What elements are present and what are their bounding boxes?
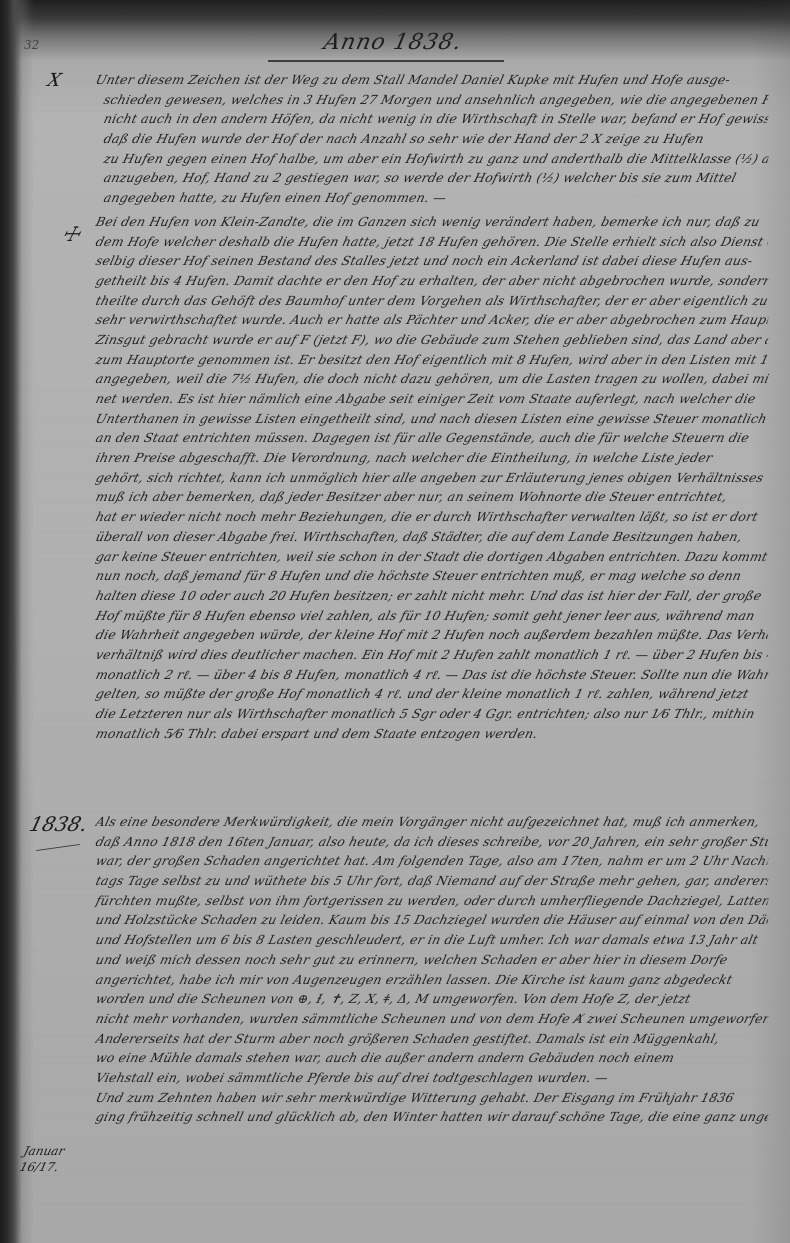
text-line: wo eine Mühle damals stehen war, auch di… xyxy=(94,1048,771,1068)
text-line: angerichtet, habe ich mir von Augenzeuge… xyxy=(94,970,771,990)
text-line: und Hofstellen um 6 bis 8 Lasten geschle… xyxy=(94,930,771,950)
text-line: die Wahrheit angegeben würde, der kleine… xyxy=(94,625,771,645)
text-line: Andererseits hat der Sturm aber noch grö… xyxy=(94,1029,771,1049)
text-line: net werden. Es ist hier nämlich eine Abg… xyxy=(94,389,771,409)
text-line: sehr verwirthschaftet wurde. Auch er hat… xyxy=(94,310,771,330)
storm-entry-block: Als eine besondere Merkwürdigkeit, die m… xyxy=(96,812,768,1127)
text-line: dem Hofe welcher deshalb die Hufen hatte… xyxy=(94,232,771,252)
text-line: daß die Hufen wurde der Hof der nach Anz… xyxy=(94,129,771,149)
main-text-block: Unter diesem Zeichen ist der Weg zu dem … xyxy=(96,70,768,743)
text-line: hat er wieder nicht noch mehr Beziehunge… xyxy=(94,507,771,527)
document-page: 32 Anno 1838. X ☩ 1838. Januar 16/17. Un… xyxy=(0,0,790,1243)
text-line: tags Tage selbst zu und wüthete bis 5 Uh… xyxy=(94,871,771,891)
text-line: angegeben hatte, zu Hufen einen Hof geno… xyxy=(94,188,771,208)
text-line: schieden gewesen, welches in 3 Hufen 27 … xyxy=(94,90,771,110)
text-line: angegeben, weil die 7½ Hufen, die doch n… xyxy=(94,369,771,389)
text-line: monatlich 2 rℓ. — über 4 bis 8 Hufen, mo… xyxy=(94,665,771,685)
margin-year-underline xyxy=(36,844,80,851)
text-line: zum Hauptorte genommen ist. Er besitzt d… xyxy=(94,350,771,370)
text-line: Als eine besondere Merkwürdigkeit, die m… xyxy=(94,812,771,832)
text-line: überall von dieser Abgabe frei. Wirthsch… xyxy=(94,527,771,547)
text-line: daß Anno 1818 den 16ten Januar, also heu… xyxy=(94,832,771,852)
text-line: theilte durch das Gehöft des Baumhof unt… xyxy=(94,291,771,311)
text-line: muß ich aber bemerken, daß jeder Besitze… xyxy=(94,487,771,507)
text-line: gar keine Steuer entrichten, weil sie sc… xyxy=(94,547,771,567)
heading-underline xyxy=(268,60,504,62)
text-line: monatlich 5⁄6 Thlr. dabei erspart und de… xyxy=(94,724,771,744)
text-line: und weiß mich dessen noch sehr gut zu er… xyxy=(94,950,771,970)
text-line: war, der großen Schaden angerichtet hat.… xyxy=(94,851,771,871)
margin-year-note: 1838. xyxy=(27,812,90,836)
margin-mark-x: X xyxy=(45,70,63,91)
text-line: ging frühzeitig schnell und glücklich ab… xyxy=(94,1107,771,1127)
text-line: worden und die Scheunen von ⊕, Ɨ, ✝, Z, … xyxy=(94,989,771,1009)
text-line: Unter diesem Zeichen ist der Weg zu dem … xyxy=(94,70,771,90)
text-line: Bei den Hufen von Klein-Zandte, die im G… xyxy=(94,212,771,232)
text-line: ihren Preise abgeschafft. Die Verordnung… xyxy=(94,448,771,468)
text-line: verhältniß wird dies deutlicher machen. … xyxy=(94,645,771,665)
text-line: nicht auch in den andern Höfen, da nicht… xyxy=(94,109,771,129)
margin-date-note: Januar 16/17. xyxy=(18,1143,76,1175)
text-line: halten diese 10 oder auch 20 Hufen besit… xyxy=(94,586,771,606)
text-line: Und zum Zehnten haben wir sehr merkwürdi… xyxy=(94,1088,771,1108)
text-line: fürchten mußte, selbst von ihm fortgeris… xyxy=(94,891,771,911)
text-line: Zinsgut gebracht wurde er auf F (jetzt F… xyxy=(94,330,771,350)
text-line: Unterthanen in gewisse Listen eingetheil… xyxy=(94,409,771,429)
text-line: gehört, sich richtet, kann ich unmöglich… xyxy=(94,468,771,488)
text-line: die Letzteren nur als Wirthschafter mona… xyxy=(94,704,771,724)
text-line: anzugeben, Hof, Hand zu 2 gestiegen war,… xyxy=(94,168,771,188)
text-line: Viehstall ein, wobei sämmtliche Pferde b… xyxy=(94,1068,771,1088)
text-line: getheilt bis 4 Hufen. Damit dachte er de… xyxy=(94,271,771,291)
page-number: 32 xyxy=(24,38,39,52)
page-heading: Anno 1838. xyxy=(265,30,520,55)
text-line: Hof müßte für 8 Hufen ebenso viel zahlen… xyxy=(94,606,771,626)
text-line: gelten, so müßte der große Hof monatlich… xyxy=(94,684,771,704)
text-line: an den Staat entrichten müssen. Dagegen … xyxy=(94,428,771,448)
text-line: zu Hufen gegen einen Hof halbe, um aber … xyxy=(94,149,771,169)
text-line: nicht mehr vorhanden, wurden sämmtliche … xyxy=(94,1009,771,1029)
margin-mark-cross: ☩ xyxy=(59,222,83,246)
text-line: selbig dieser Hof seinen Bestand des Sta… xyxy=(94,251,771,271)
text-line: nun noch, daß jemand für 8 Hufen und die… xyxy=(94,566,771,586)
text-line: und Holzstücke Schaden zu leiden. Kaum b… xyxy=(94,910,771,930)
